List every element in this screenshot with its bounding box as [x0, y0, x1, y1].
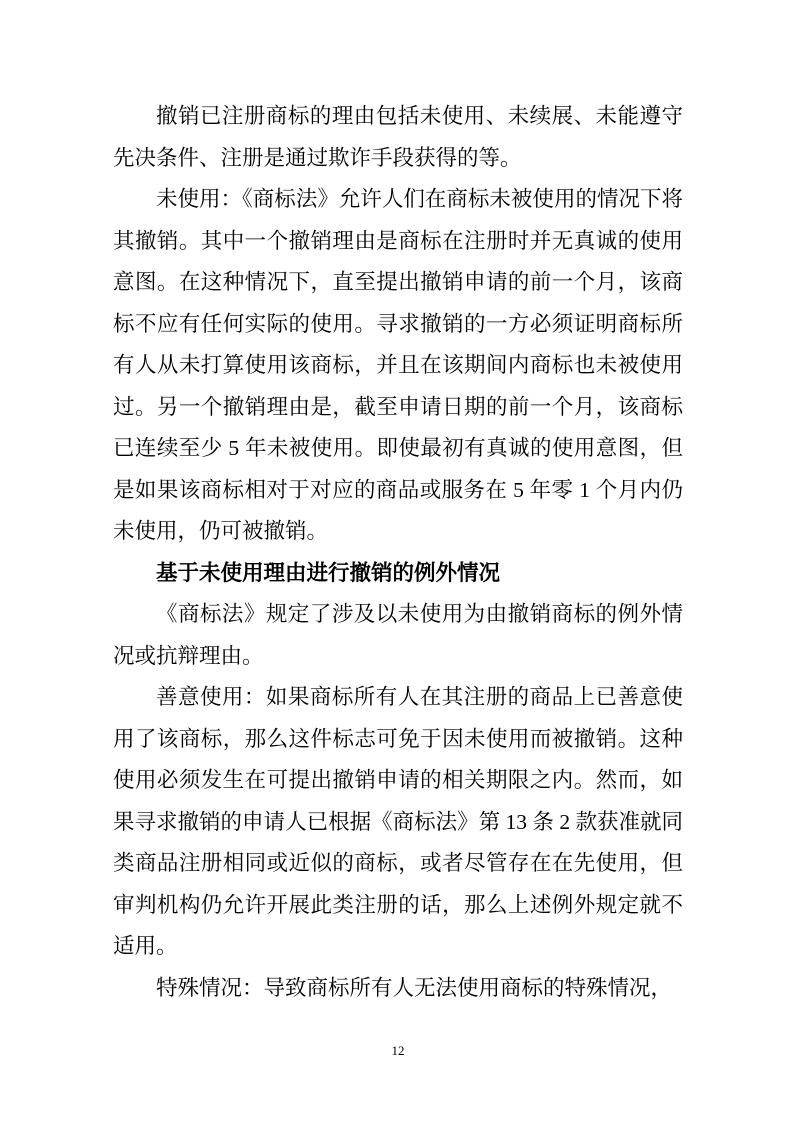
paragraph-non-use: 未使用：《商标法》允许人们在商标未被使用的情况下将其撤销。其中一个撤销理由是商标…: [113, 179, 683, 553]
paragraph-good-faith-use: 善意使用：如果商标所有人在其注册的商品上已善意使用了该商标，那么这件标志可免于因…: [113, 677, 683, 968]
document-body: 撤销已注册商标的理由包括未使用、未续展、未能遵守先决条件、注册是通过欺诈手段获得…: [113, 96, 683, 1009]
paragraph-revocation-reasons: 撤销已注册商标的理由包括未使用、未续展、未能遵守先决条件、注册是通过欺诈手段获得…: [113, 96, 683, 179]
paragraph-exceptions-intro: 《商标法》规定了涉及以未使用为由撤销商标的例外情况或抗辩理由。: [113, 594, 683, 677]
page-number: 12: [113, 1042, 683, 1060]
section-heading-exceptions: 基于未使用理由进行撤销的例外情况: [113, 553, 683, 595]
document-page: 撤销已注册商标的理由包括未使用、未续展、未能遵守先决条件、注册是通过欺诈手段获得…: [0, 0, 793, 1122]
paragraph-special-circumstances: 特殊情况：导致商标所有人无法使用商标的特殊情况，: [113, 968, 683, 1010]
